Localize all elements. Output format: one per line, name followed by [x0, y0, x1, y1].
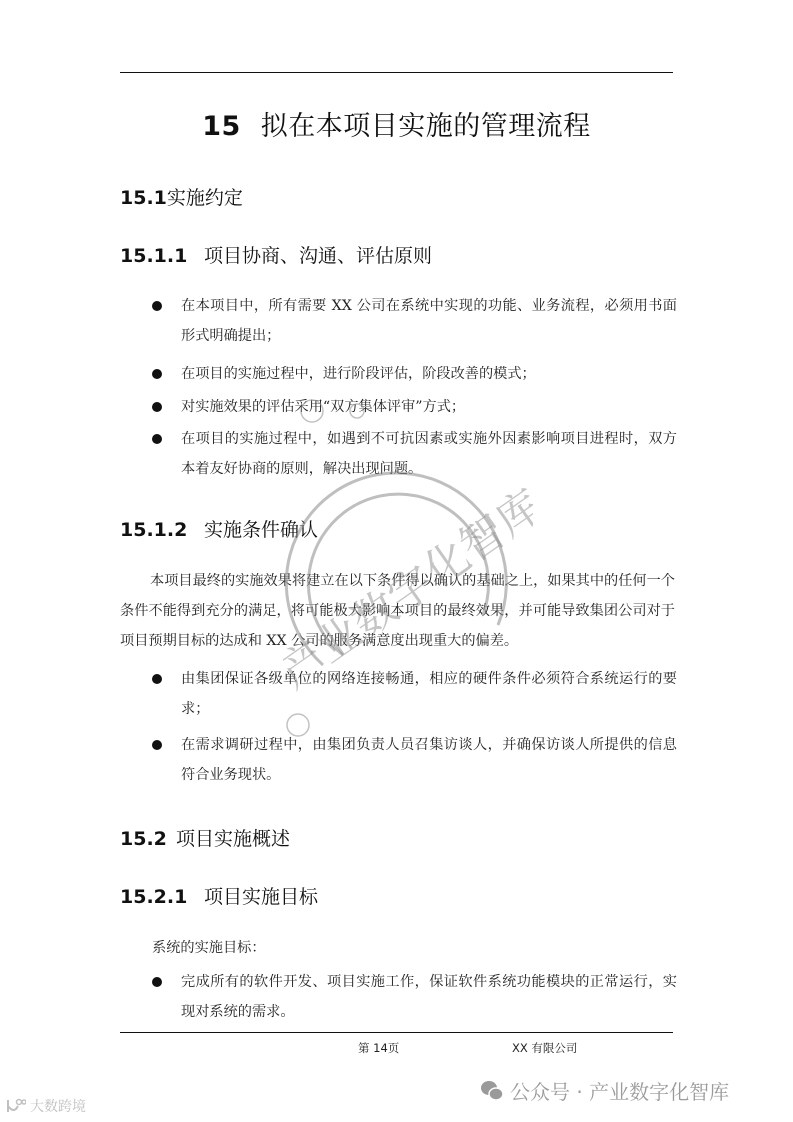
subsection-number: 15.2.1 [120, 886, 204, 908]
list-item-text: 在项目的实施过程中，进行阶段评估，阶段改善的模式； [181, 359, 677, 389]
subsection-heading-15-2-1: 15.2.1项目实施目标 [120, 882, 318, 909]
chapter-title: 15拟在本项目实施的管理流程 [0, 104, 793, 143]
subsection-heading-15-1-1: 15.1.1项目协商、沟通、评估原则 [120, 241, 432, 268]
bullet-icon [152, 674, 162, 684]
list-item-text: 由集团保证各级单位的网络连接畅通，相应的硬件条件必须符合系统运行的要求； [181, 664, 677, 724]
wechat-watermark: 公众号 · 产业数字化智库 [480, 1076, 729, 1105]
footer-page-number: 第 14页 [358, 1040, 399, 1056]
list-item-text: 在项目的实施过程中，如遇到不可抗因素或实施外因素影响项目进程时，双方本着友好协商… [181, 424, 677, 484]
section-heading-15-2: 15.2项目实施概述 [120, 824, 290, 851]
list-item-text: 完成所有的软件开发、项目实施工作，保证软件系统功能模块的正常运行，实现对系统的需… [181, 967, 677, 1027]
wechat-icon [480, 1080, 504, 1102]
wechat-watermark-text: 公众号 · 产业数字化智库 [510, 1076, 729, 1105]
section-title: 实施约定 [167, 187, 243, 209]
list-item: 完成所有的软件开发、项目实施工作，保证软件系统功能模块的正常运行，实现对系统的需… [152, 967, 677, 1027]
chapter-number: 15 [202, 111, 241, 142]
bullet-icon [152, 977, 162, 987]
subsection-heading-15-1-2: 15.1.2实施条件确认 [120, 515, 318, 542]
subsection-number: 15.1.2 [120, 519, 204, 541]
list-item: 在项目的实施过程中，如遇到不可抗因素或实施外因素影响项目进程时，双方本着友好协商… [152, 424, 677, 484]
subsection-title: 项目实施目标 [204, 886, 318, 908]
footer-company: XX 有限公司 [512, 1040, 577, 1056]
footer-rule [120, 1032, 673, 1033]
bullet-icon [152, 369, 162, 379]
subsection-title: 实施条件确认 [204, 519, 318, 541]
intro-text: 系统的实施目标： [152, 933, 266, 963]
list-item: 在项目的实施过程中，进行阶段评估，阶段改善的模式； [152, 359, 677, 389]
list-item-text: 在本项目中，所有需要 XX 公司在系统中实现的功能、业务流程，必须用书面形式明确… [181, 291, 677, 351]
bullet-icon [152, 402, 162, 412]
list-item-text: 对实施效果的评估采用“双方集体评审”方式； [181, 392, 677, 422]
bullet-icon [152, 740, 162, 750]
section-title: 项目实施概述 [176, 828, 290, 850]
brand-watermark: 大数跨境 [6, 1096, 86, 1116]
subsection-number: 15.1.1 [120, 245, 204, 267]
bullet-icon [152, 301, 162, 311]
chapter-title-text: 拟在本项目实施的管理流程 [261, 111, 591, 142]
section-number: 15.2 [120, 828, 176, 850]
list-item: 在本项目中，所有需要 XX 公司在系统中实现的功能、业务流程，必须用书面形式明确… [152, 291, 677, 351]
list-item: 由集团保证各级单位的网络连接畅通，相应的硬件条件必须符合系统运行的要求； [152, 664, 677, 724]
list-item: 在需求调研过程中，由集团负责人员召集访谈人，并确保访谈人所提供的信息符合业务现状… [152, 730, 677, 790]
subsection-title: 项目协商、沟通、评估原则 [204, 245, 432, 267]
section-heading-15-1: 15.1实施约定 [120, 183, 243, 210]
section-number: 15.1 [120, 187, 167, 209]
body-paragraph: 本项目最终的实施效果将建立在以下条件得以确认的基础之上，如果其中的任何一个条件不… [120, 566, 675, 656]
bullet-icon [152, 434, 162, 444]
list-item-text: 在需求调研过程中，由集团负责人员召集访谈人，并确保访谈人所提供的信息符合业务现状… [181, 730, 677, 790]
watermark-circle-icon [300, 397, 370, 427]
list-item: 对实施效果的评估采用“双方集体评审”方式； [152, 392, 677, 422]
header-rule [120, 72, 673, 73]
brand-logo-icon [6, 1098, 26, 1114]
watermark-circle-icon [283, 710, 313, 740]
brand-watermark-text: 大数跨境 [30, 1096, 86, 1116]
